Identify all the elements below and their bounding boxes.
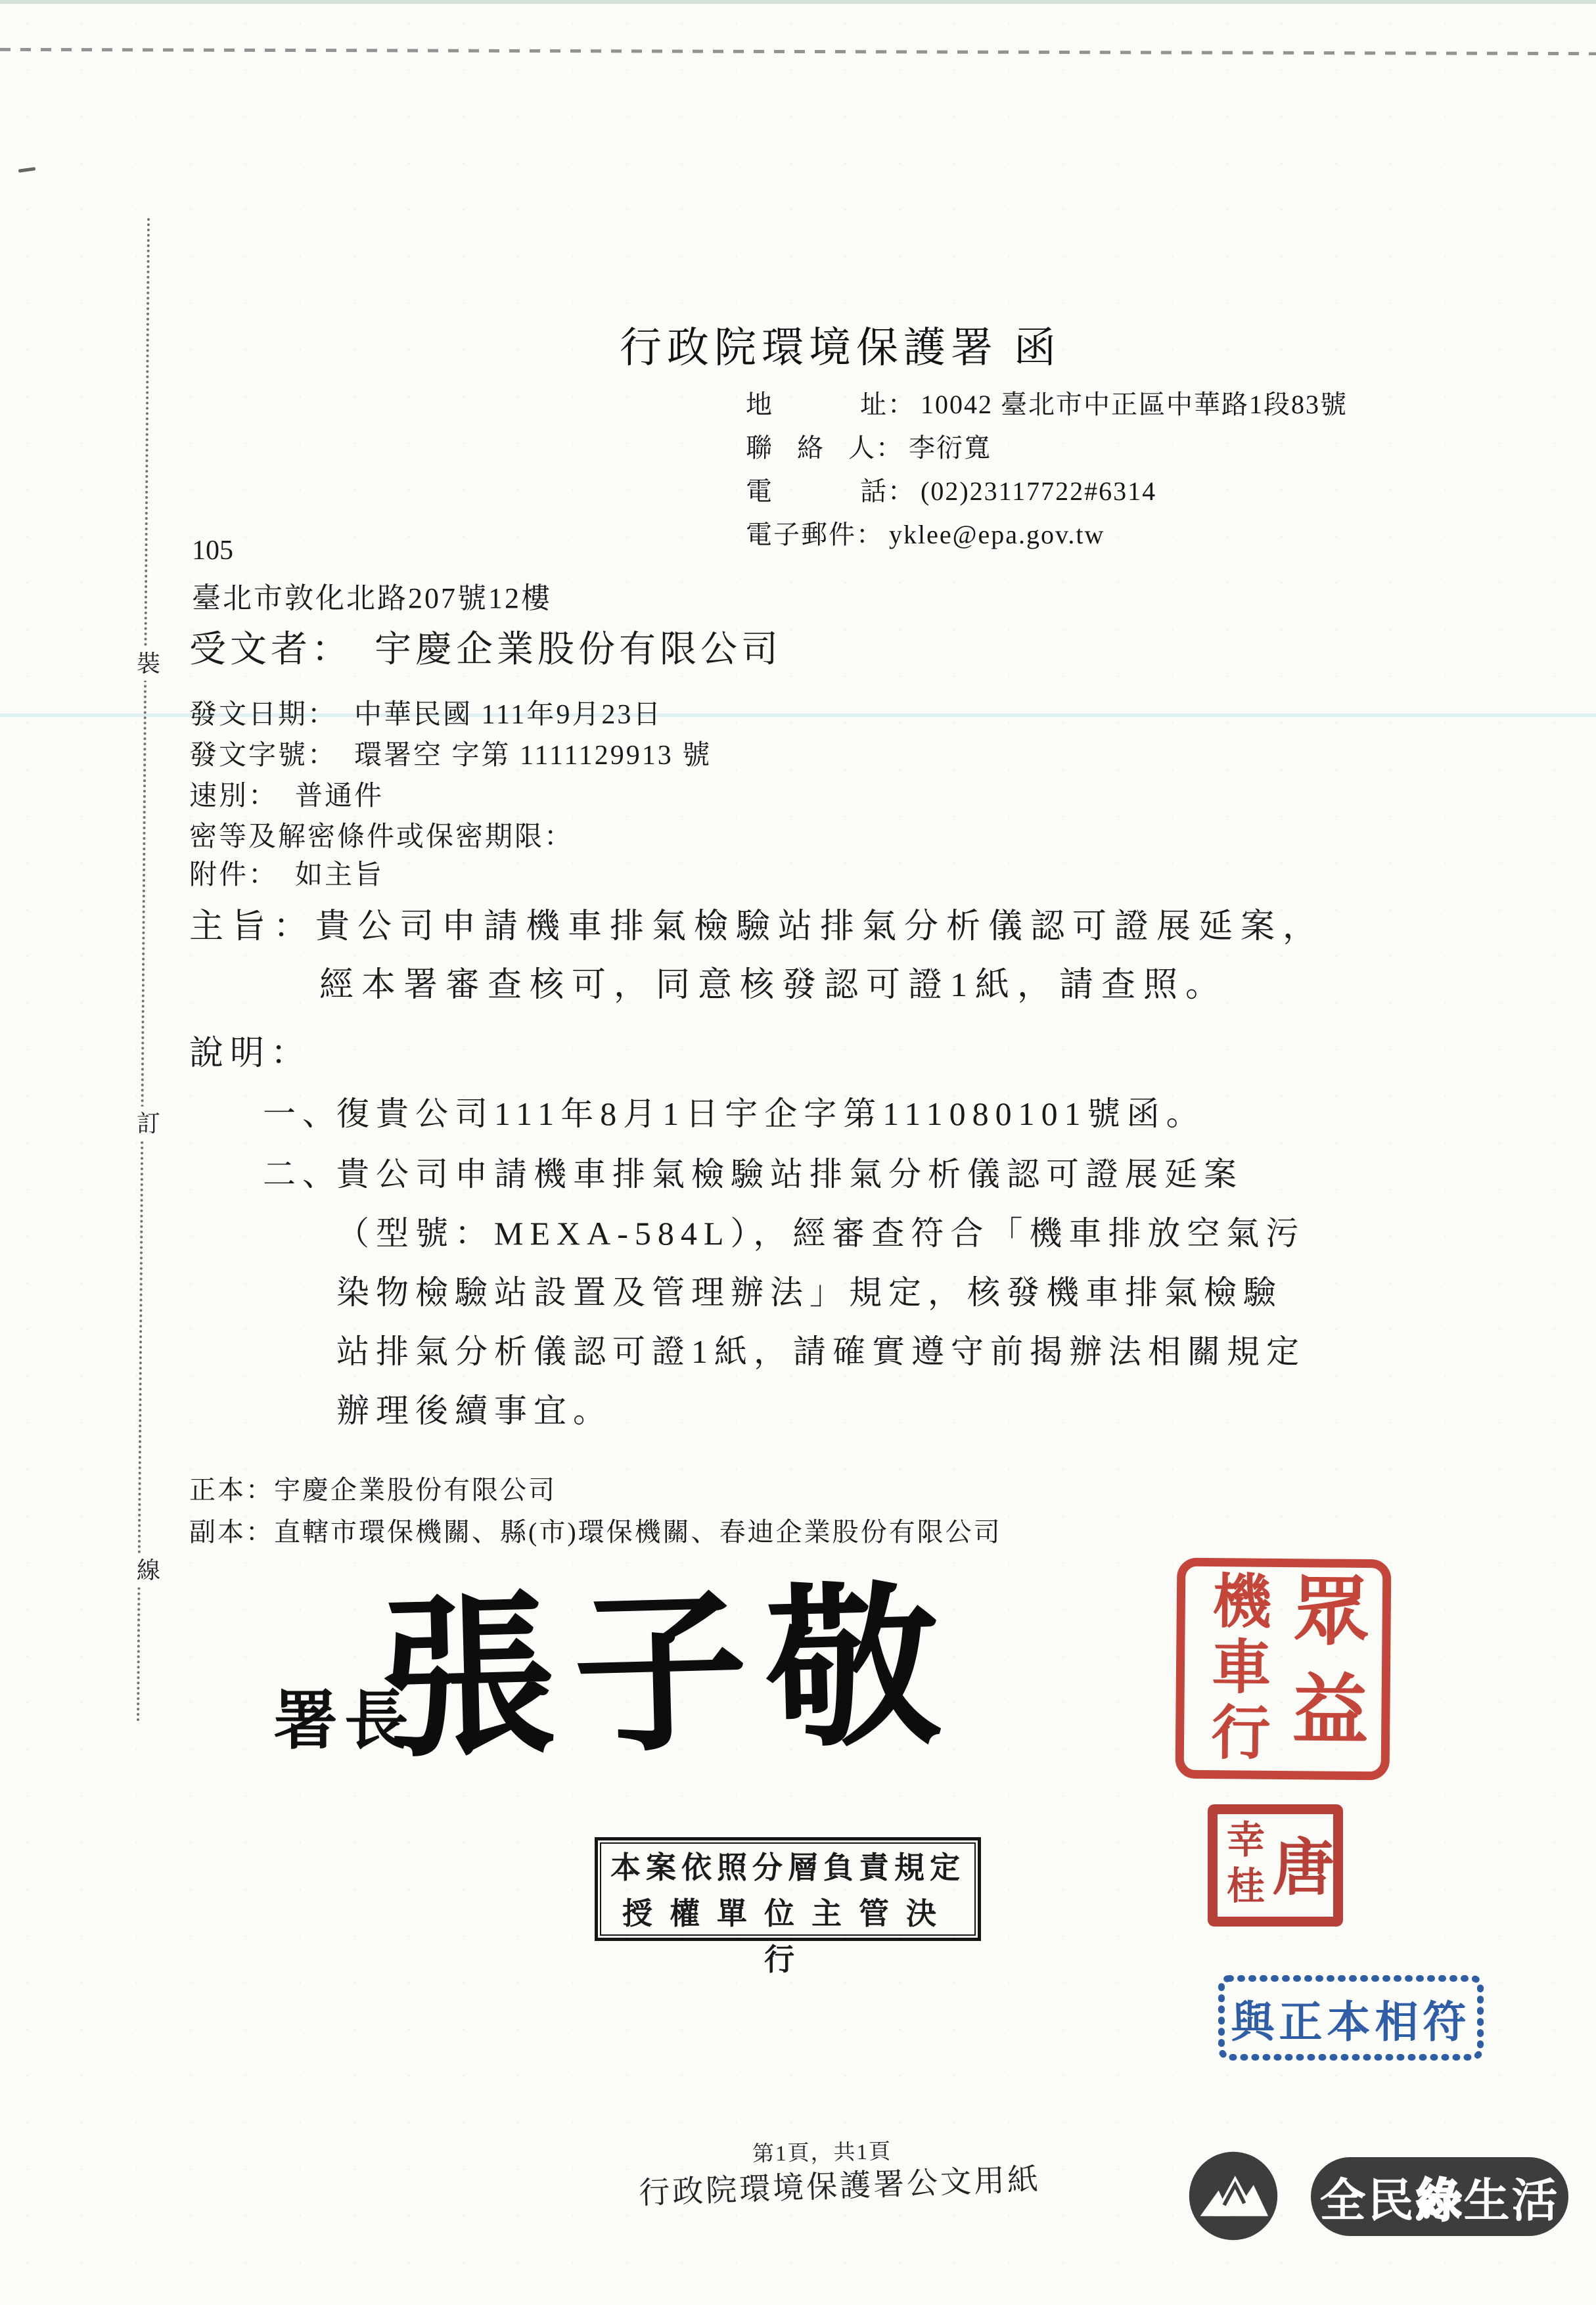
attachment-row: 附件：如主旨 bbox=[189, 853, 384, 892]
contact-person-value: 李衍寬 bbox=[909, 433, 992, 463]
original-copy-row: 正本：宇慶企業股份有限公司 bbox=[189, 1469, 557, 1507]
logo-text-part3: 生活 bbox=[1464, 2164, 1560, 2230]
issue-date-value: 中華民國 111年9月23日 bbox=[354, 700, 662, 730]
authorization-line-2: 授權單位主管決行 bbox=[601, 1891, 974, 1983]
subject-text2: 經本署審查核可，同意核發認可證1紙，請查照。 bbox=[319, 956, 1411, 1015]
recipient-label: 受文者： bbox=[189, 629, 352, 670]
agency-title: 行政院環境保護署 函 bbox=[620, 314, 1061, 375]
pen-mark bbox=[18, 167, 35, 173]
certified-true-copy-stamp: 與正本相符 bbox=[1216, 1973, 1486, 2063]
doc-number-label: 發文字號： bbox=[189, 741, 337, 771]
recipient-row: 受文者：宇慶企業股份有限公司 bbox=[189, 620, 782, 673]
attachment-label: 附件： bbox=[189, 860, 278, 890]
item-2-line-1: 貴公司申請機車排氣檢驗站排氣分析儀認可證展延案 bbox=[336, 1145, 1432, 1204]
recipient-name: 宇慶企業股份有限公司 bbox=[375, 629, 782, 670]
subject-label: 主旨： bbox=[189, 908, 315, 946]
binding-dotted-line bbox=[137, 218, 150, 1723]
green-life-logo: 全民綠生活 bbox=[1311, 2157, 1568, 2236]
explanation-item-1: 一、 復貴公司111年8月1日宇企字第111080101號函。 bbox=[263, 1084, 1432, 1143]
issue-date-label: 發文日期： bbox=[189, 700, 337, 730]
shop-seal-right-column: 眾益 bbox=[1284, 1570, 1362, 1768]
speed-value: 普通件 bbox=[295, 781, 384, 811]
issue-date-row: 發文日期：中華民國 111年9月23日 bbox=[189, 693, 662, 732]
item-2-number: 二、 bbox=[263, 1145, 342, 1204]
phone-row: 電 話：(02)23117722#6314 bbox=[746, 470, 1156, 508]
phone-value: (02)23117722#6314 bbox=[921, 476, 1156, 506]
security-label: 密等及解密條件或保密期限： bbox=[189, 822, 574, 852]
logo-text-green-char: 綠 bbox=[1416, 2164, 1464, 2230]
doc-number-row: 發文字號：環署空 字第 1111129913 號 bbox=[189, 733, 712, 773]
authorization-box: 本案依照分層負責規定 授權單位主管決行 bbox=[595, 1837, 981, 1941]
attachment-value: 如主旨 bbox=[295, 860, 384, 890]
email-label: 電子郵件： bbox=[746, 514, 884, 551]
name-seal-left-column: 幸桂 bbox=[1223, 1819, 1261, 1911]
scan-edge-tint bbox=[0, 0, 1596, 4]
item-2-line-3: 染物檢驗站設置及管理辦法」規定，核發機車排氣檢驗 bbox=[336, 1263, 1432, 1322]
binding-mark-zhuang: 裝 bbox=[133, 647, 164, 681]
item-2-line-4: 站排氣分析儀認可證1紙，請確實遵守前揭辦法相關規定 bbox=[336, 1322, 1432, 1381]
authorization-line-1: 本案依照分層負責規定 bbox=[601, 1845, 974, 1891]
binding-mark-ding: 訂 bbox=[133, 1107, 164, 1141]
cc-copy-value: 直轄市環保機關、縣(市)環保機關、春迪企業股份有限公司 bbox=[274, 1517, 1002, 1547]
address-label: 地 址： bbox=[746, 384, 915, 421]
item-1-number: 一、 bbox=[263, 1084, 342, 1143]
cc-copy-label: 副本： bbox=[189, 1517, 274, 1547]
shop-seal-stamp: 眾益 機車行 bbox=[1175, 1558, 1392, 1781]
binding-mark-xian: 線 bbox=[133, 1553, 164, 1587]
security-row: 密等及解密條件或保密期限： bbox=[189, 815, 591, 854]
contact-person-label: 聯 絡 人： bbox=[746, 427, 903, 465]
recipient-zip: 105 bbox=[192, 535, 233, 566]
logo-text-part1: 全民 bbox=[1320, 2164, 1416, 2230]
speed-row: 速別：普通件 bbox=[189, 774, 384, 813]
certified-stamp-text: 與正本相符 bbox=[1216, 1973, 1486, 2063]
subject-line1: 主旨：貴公司申請機車排氣檢驗站排氣分析儀認可證展延案， bbox=[189, 898, 1411, 956]
document-page: 裝 訂 線 行政院環境保護署 函 地 址：10042 臺北市中正區中華路1段83… bbox=[0, 0, 1596, 2305]
contact-address-row: 地 址：10042 臺北市中正區中華路1段83號 bbox=[746, 384, 1348, 421]
subject-block: 主旨：貴公司申請機車排氣檢驗站排氣分析儀認可證展延案， 經本署審查核可，同意核發… bbox=[189, 898, 1411, 1015]
shop-seal-left-column: 機車行 bbox=[1204, 1570, 1265, 1768]
doc-number-value: 環署空 字第 1111129913 號 bbox=[354, 741, 712, 771]
official-paper-name: 行政院環境保護署公文用紙 bbox=[638, 2155, 1041, 2212]
phone-label: 電 話： bbox=[746, 470, 915, 508]
original-copy-label: 正本： bbox=[189, 1475, 274, 1505]
item-1-line-1: 復貴公司111年8月1日宇企字第111080101號函。 bbox=[336, 1084, 1432, 1143]
original-copy-value: 宇慶企業股份有限公司 bbox=[274, 1475, 557, 1505]
scan-noise-line bbox=[0, 48, 1596, 55]
contact-person-row: 聯 絡 人：李衍寬 bbox=[746, 427, 992, 465]
address-value: 10042 臺北市中正區中華路1段83號 bbox=[921, 390, 1348, 419]
signer-name-calligraphy: 張子敬 bbox=[378, 1568, 961, 1784]
email-row: 電子郵件：yklee@epa.gov.tw bbox=[746, 514, 1105, 551]
epa-logo-icon bbox=[1178, 2150, 1288, 2242]
subject-text1: 貴公司申請機車排氣檢驗站排氣分析儀認可證展延案， bbox=[315, 908, 1325, 946]
explanation-label: 說明： bbox=[189, 1025, 311, 1074]
personal-name-seal-stamp: 唐 幸桂 bbox=[1208, 1804, 1343, 1927]
recipient-address: 臺北市敦化北路207號12樓 bbox=[192, 574, 552, 616]
item-2-line-5: 辦理後續事宜。 bbox=[336, 1381, 1432, 1440]
speed-label: 速別： bbox=[189, 781, 278, 811]
email-value: yklee@epa.gov.tw bbox=[889, 520, 1105, 549]
cc-copy-row: 副本：直轄市環保機關、縣(市)環保機關、春迪企業股份有限公司 bbox=[189, 1511, 1002, 1549]
explanation-item-2: 二、 貴公司申請機車排氣檢驗站排氣分析儀認可證展延案 （型號：MEXA-584L… bbox=[263, 1145, 1432, 1440]
item-2-line-2: （型號：MEXA-584L），經審查符合「機車排放空氣污 bbox=[336, 1204, 1432, 1263]
name-seal-right-column: 唐 bbox=[1266, 1835, 1328, 1896]
